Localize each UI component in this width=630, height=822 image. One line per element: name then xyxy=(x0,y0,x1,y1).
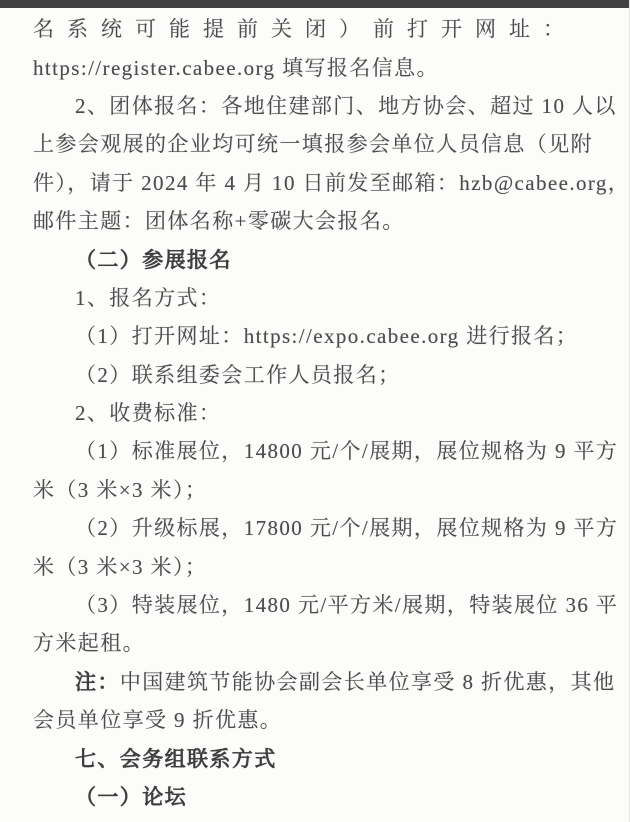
exhibit-registration-heading: （二）参展报名 xyxy=(33,239,599,277)
scan-edge-top-band xyxy=(0,0,630,8)
fee-item-upgraded-booth-cont: 米（3 米×3 米）； xyxy=(33,546,599,584)
group-registration-line-1: 2、团体报名：各地住建部门、地方协会、超过 10 人以 xyxy=(33,86,599,124)
paragraph-continuation-line: 名系统可能提前关闭）前打开网址： xyxy=(33,9,599,47)
contact-section-heading: 七、会务组联系方式 xyxy=(33,738,599,776)
fee-item-raw-space: （3）特装展位，1480 元/平方米/展期，特装展位 36 平 xyxy=(33,585,599,623)
registration-method-item-2: （2）联系组委会工作人员报名； xyxy=(33,355,599,393)
discount-note-line-1: 注：中国建筑节能协会副会长单位享受 8 折优惠，其他 xyxy=(33,662,599,700)
group-registration-line-2: 上参会观展的企业均可统一填报参会单位人员信息（见附 xyxy=(33,124,599,162)
document-page: 名系统可能提前关闭）前打开网址： https://register.cabee.… xyxy=(0,0,630,822)
registration-method-item-1: （1）打开网址：https://expo.cabee.org 进行报名； xyxy=(33,316,599,354)
forum-subsection-heading: （一）论坛 xyxy=(33,777,599,815)
document-body: 名系统可能提前关闭）前打开网址： https://register.cabee.… xyxy=(33,9,599,815)
fee-standard-heading: 2、收费标准： xyxy=(33,393,599,431)
group-registration-line-3: 件），请于 2024 年 4 月 10 日前发至邮箱：hzb@cabee.org… xyxy=(33,163,599,201)
discount-note-line-2: 会员单位享受 9 折优惠。 xyxy=(33,700,599,738)
fee-item-standard-booth: （1）标准展位，14800 元/个/展期，展位规格为 9 平方 xyxy=(33,431,599,469)
fee-item-upgraded-booth: （2）升级标展，17800 元/个/展期，展位规格为 9 平方 xyxy=(33,508,599,546)
group-registration-line-4: 邮件主题：团体名称+零碳大会报名。 xyxy=(33,201,599,239)
fee-item-standard-booth-cont: 米（3 米×3 米）； xyxy=(33,470,599,508)
note-label: 注： xyxy=(75,666,120,696)
fee-item-raw-space-cont: 方米起租。 xyxy=(33,623,599,661)
registration-method-heading: 1、报名方式： xyxy=(33,278,599,316)
note-text: 中国建筑节能协会副会长单位享受 8 折优惠，其他 xyxy=(120,666,616,696)
registration-url-line: https://register.cabee.org 填写报名信息。 xyxy=(33,47,599,85)
